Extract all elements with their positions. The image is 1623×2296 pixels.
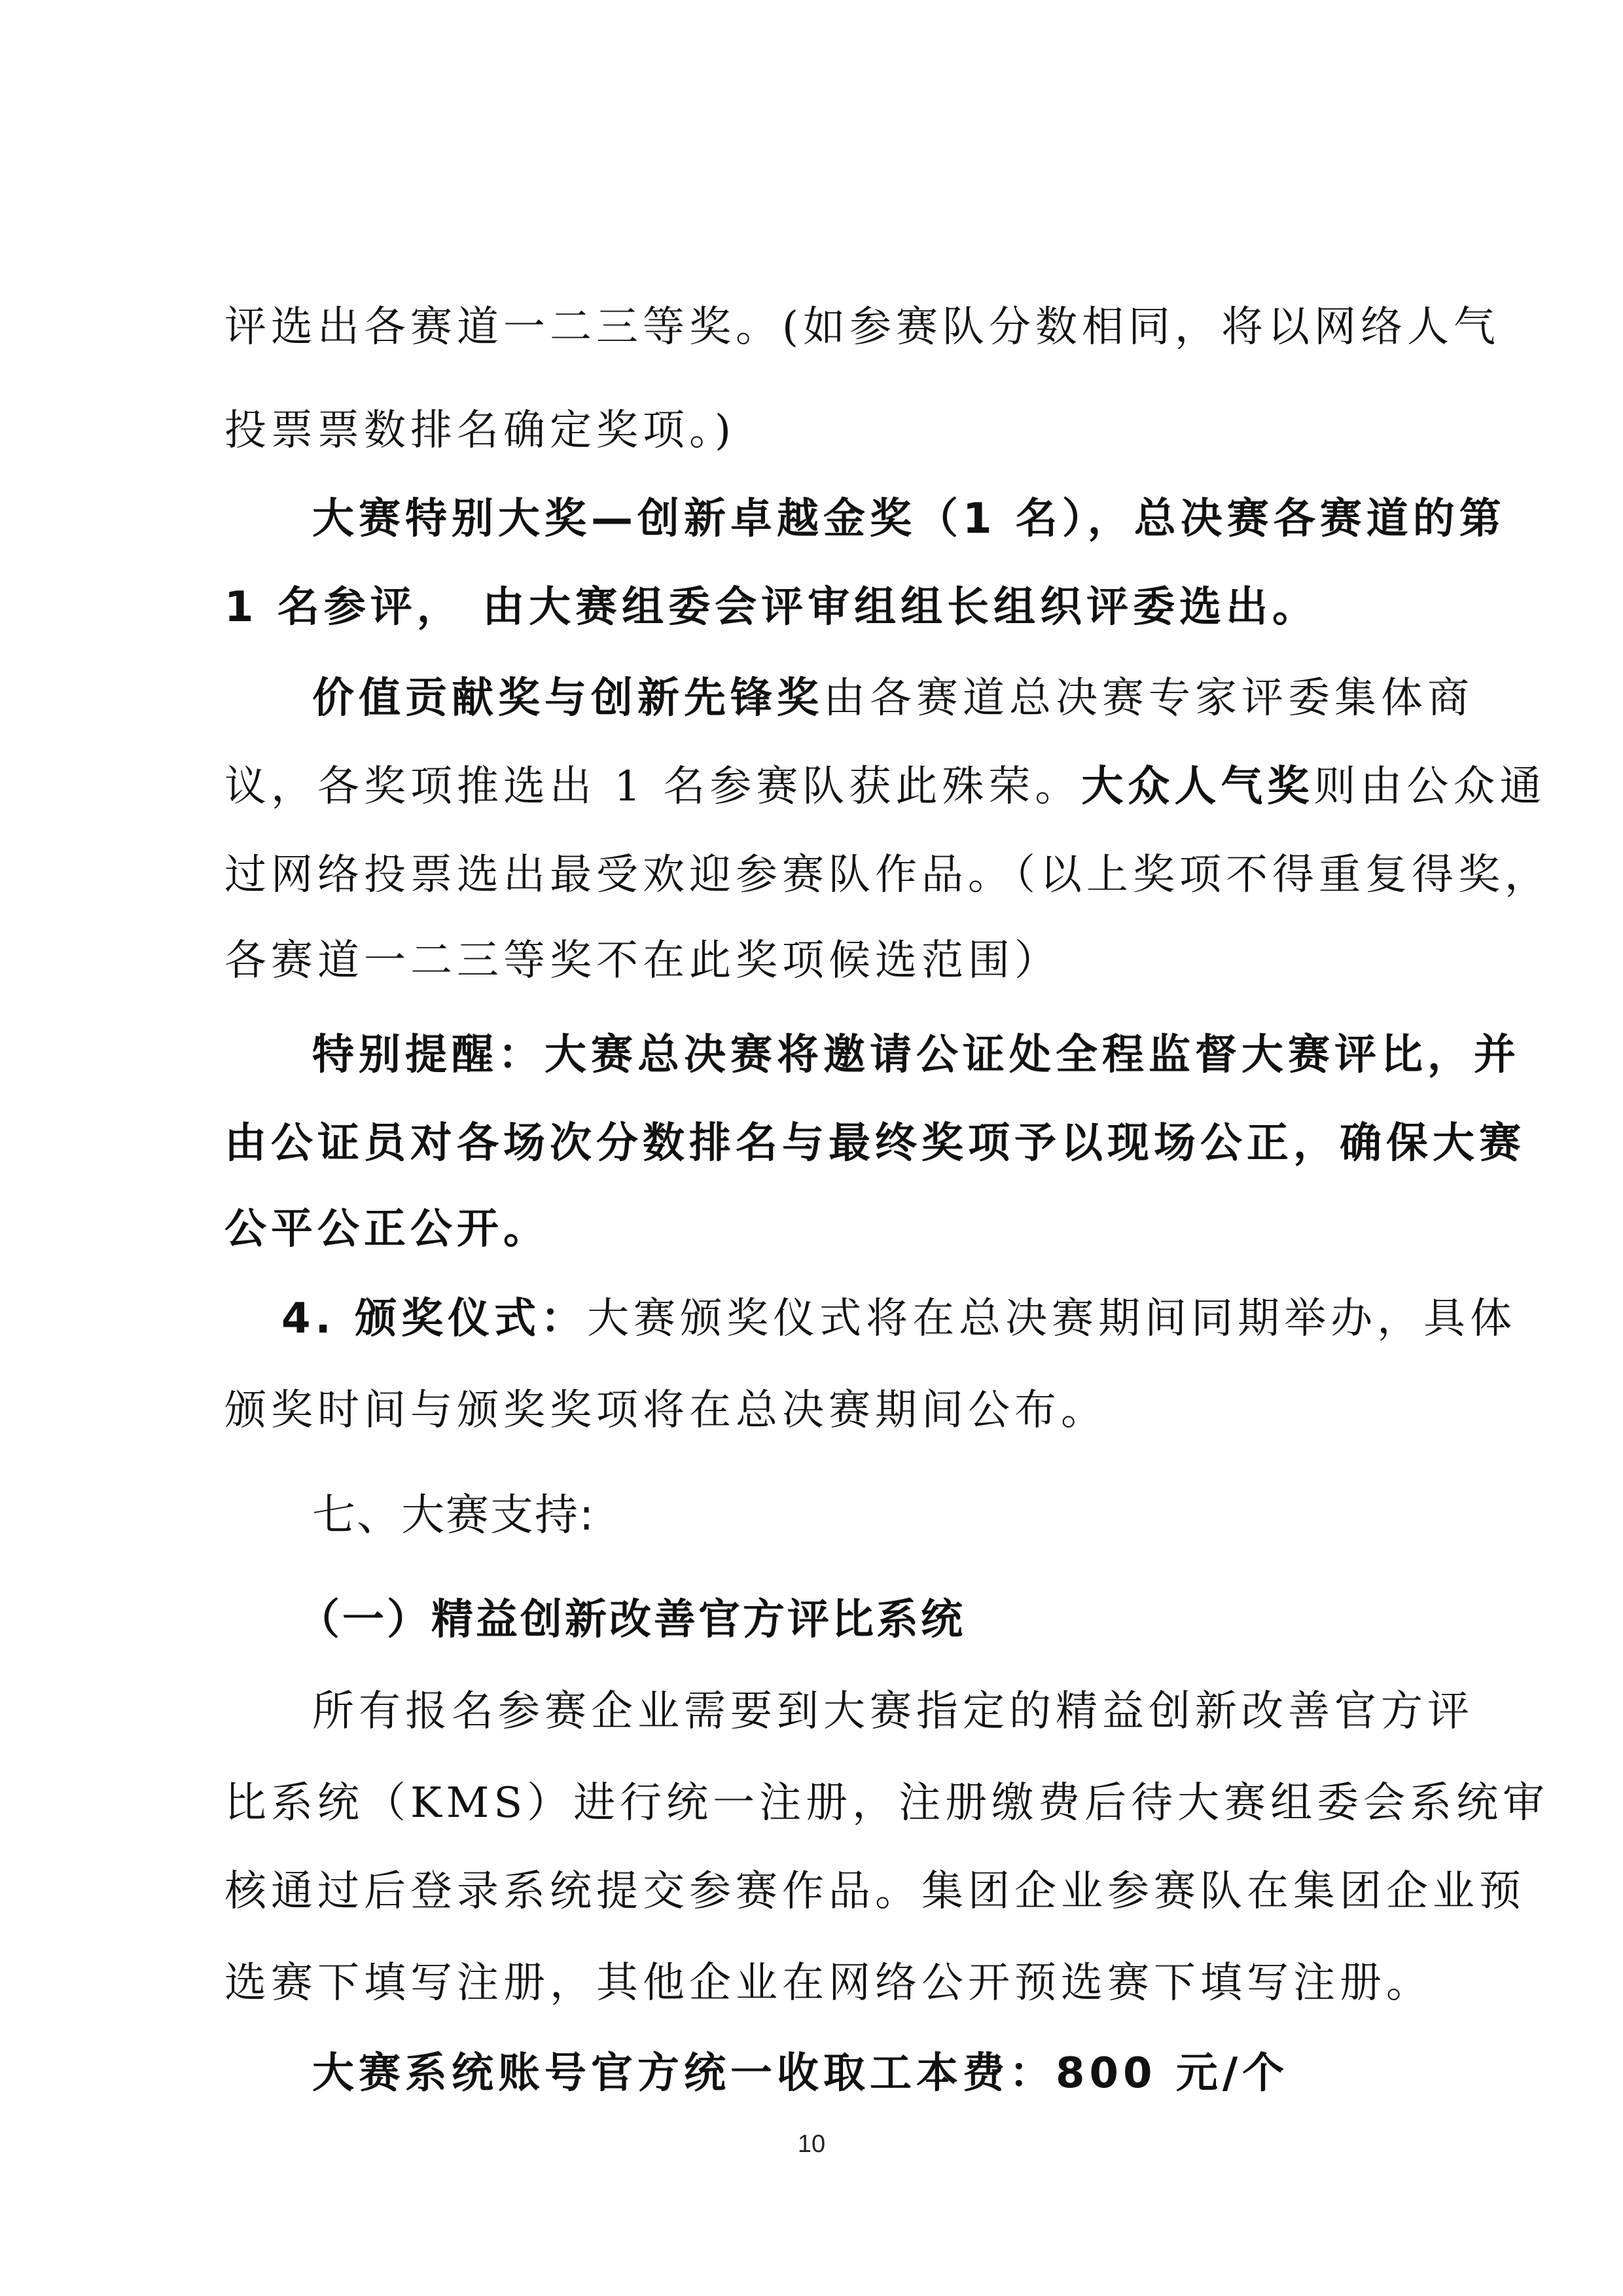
body-text: 过网络投票选出最受欢迎参赛队作品。（以上奖项不得重复得奖，	[224, 851, 1551, 899]
bold-text: 特别提醒：大赛总决赛将邀请公证处全程监督大赛评比，并	[312, 1031, 1520, 1079]
subsection-title: （一）精益创新改善官方评比系统	[298, 1596, 965, 1644]
text-line: 所有报名参赛企业需要到大赛指定的精益创新改善官方评	[312, 1685, 1429, 1738]
text-line: 颁奖时间与颁奖奖项将在总决赛期间公布。	[224, 1384, 1429, 1437]
document-page: 评选出各赛道一二三等奖。(如参赛队分数相同，将以网络人气 投票票数排名确定奖项。…	[0, 0, 1623, 2296]
bold-text: 大赛系统账号官方统一收取工本费：800 元/个	[312, 2049, 1289, 2098]
body-text: 大赛颁奖仪式将在总决赛期间同期举办，具体	[587, 1295, 1516, 1343]
body-text: 则由公众通	[1313, 762, 1546, 811]
reminder-line: 公平公正公开。	[224, 1203, 1429, 1255]
body-text: 议，各奖项推选出 1 名参赛队获此殊荣。	[224, 762, 1081, 811]
bold-text: 1 名参评， 由大赛组委会评审组组长组织评委选出。	[224, 583, 1319, 632]
text-line: 4. 颁奖仪式：大赛颁奖仪式将在总决赛期间同期举办，具体	[281, 1293, 1429, 1345]
text-line: 过网络投票选出最受欢迎参赛队作品。（以上奖项不得重复得奖，	[224, 849, 1429, 901]
body-text: 比系统（KMS）进行统一注册，注册缴费后待大赛组委会系统审	[224, 1779, 1549, 1827]
page-number: 10	[0, 2130, 1623, 2159]
body-text: 投票票数排名确定奖项。)	[224, 406, 736, 455]
award-heading-line: 大赛特别大奖—创新卓越金奖（1 名），总决赛各赛道的第	[312, 493, 1429, 545]
text-line: 各赛道一二三等奖不在此奖项候选范围）	[224, 935, 1429, 987]
section-heading: 七、大赛支持:	[312, 1489, 1429, 1541]
text-line: 评选出各赛道一二三等奖。(如参赛队分数相同，将以网络人气	[224, 301, 1429, 353]
bold-text: 4. 颁奖仪式：	[281, 1295, 587, 1343]
bold-text: 由公证员对各场次分数排名与最终奖项予以现场公正，确保大赛	[224, 1119, 1525, 1168]
subsection-heading: （一）精益创新改善官方评比系统	[298, 1594, 1502, 1646]
award-heading-line: 1 名参评， 由大赛组委会评审组组长组织评委选出。	[224, 581, 1429, 634]
body-text: 选赛下填写注册，其他企业在网络公开预选赛下填写注册。	[224, 1959, 1433, 2007]
body-text: 所有报名参赛企业需要到大赛指定的精益创新改善官方评	[312, 1687, 1474, 1736]
section-title: 七、大赛支持:	[312, 1490, 595, 1540]
text-line: 价值贡献奖与创新先锋奖由各赛道总决赛专家评委集体商	[312, 672, 1429, 725]
text-line: 核通过后登录系统提交参赛作品。集团企业参赛队在集团企业预	[224, 1865, 1429, 1918]
body-text: 各赛道一二三等奖不在此奖项候选范围）	[224, 937, 1061, 985]
bold-text: 大赛特别大奖—创新卓越金奖（1 名），总决赛各赛道的第	[312, 495, 1506, 543]
reminder-line: 特别提醒：大赛总决赛将邀请公证处全程监督大赛评比，并	[312, 1029, 1429, 1081]
body-text: 颁奖时间与颁奖奖项将在总决赛期间公布。	[224, 1386, 1107, 1435]
reminder-line: 由公证员对各场次分数排名与最终奖项予以现场公正，确保大赛	[224, 1117, 1429, 1170]
bold-text: 价值贡献奖与创新先锋奖	[312, 674, 823, 723]
text-line: 议，各奖项推选出 1 名参赛队获此殊荣。大众人气奖则由公众通	[224, 761, 1429, 813]
text-line: 比系统（KMS）进行统一注册，注册缴费后待大赛组委会系统审	[224, 1777, 1429, 1829]
body-text: 评选出各赛道一二三等奖。(如参赛队分数相同，将以网络人气	[224, 303, 1500, 351]
body-text: 核通过后登录系统提交参赛作品。集团企业参赛队在集团企业预	[224, 1867, 1525, 1916]
bold-text: 公平公正公开。	[224, 1205, 550, 1253]
fee-line: 大赛系统账号官方统一收取工本费：800 元/个	[312, 2047, 1429, 2100]
text-line: 投票票数排名确定奖项。)	[224, 404, 1429, 457]
text-line: 选赛下填写注册，其他企业在网络公开预选赛下填写注册。	[224, 1957, 1429, 2009]
bold-text: 大众人气奖	[1081, 762, 1313, 811]
body-text: 由各赛道总决赛专家评委集体商	[823, 674, 1474, 723]
